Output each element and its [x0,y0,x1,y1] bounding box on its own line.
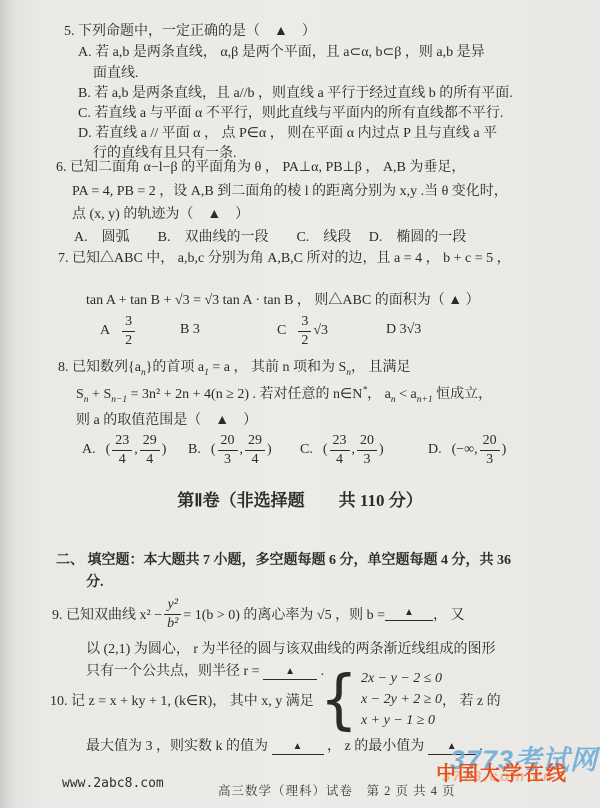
question-8-option-d: D. (−∞, 203 ) [428,433,506,467]
question-9-line-1: 9. 已知双曲线 x² − y² b² = 1(b > 0) 的离心率为 √5 … [52,597,465,631]
fraction: 203 [480,433,500,467]
fraction: 203 [218,433,238,467]
fraction: 234 [330,433,350,467]
fraction: 294 [140,433,160,467]
question-5-option-c: C. 若直线 a 与平面 α 不平行，则此直线与平面内的所有直线都不平行. [78,102,503,122]
question-8-option-b: B. ( 203 , 294 ) [188,433,272,467]
question-8-line-2: Sn + Sn−1 = 3n² + 2n + 4(n ≥ 2) . 若对任意的 … [76,383,492,405]
question-9-line-2: 以 (2,1) 为圆心， r 为半径的圆与该双曲线的两条渐近线组成的图形 [86,638,496,658]
section-2-intro-line-1: 二、 填空题：本大题共 7 小题，多空题每题 6 分，单空题每题 4 分，共 3… [56,549,511,569]
question-6-line-1: 6. 已知二面角 α−l−β 的平面角为 θ ， PA⊥α, PB⊥β ， A,… [56,156,465,176]
question-7-option-b: B 3 [180,322,200,338]
fraction: 294 [245,433,265,467]
question-10-line-2: 最大值为 3 ，则实数 k 的值为 ▲ ， z 的最小值为 ▲ . [86,735,483,755]
question-8-line-1: 8. 已知数列{an}的首项 a1 = a ， 其前 n 项和为 Sn， 且满足 [58,356,411,378]
question-7-line-2: tan A + tan B + √3 = √3 tan A · tan B ， … [86,289,480,309]
option-label: C [277,323,286,339]
question-8-option-c: C. ( 234 , 203 ) [300,433,384,467]
question-5-head: 5. 下列命题中，一定正确的是（ ▲ ） [64,20,316,40]
fraction: 3 2 [122,314,135,348]
fraction: 234 [112,433,132,467]
system-brace: { [320,667,358,732]
question-5-option-b: B. 若 a,b 是两条直线，且 a//b ，则直线 a 平行于经过直线 b 的… [78,82,513,102]
question-7-option-d: D 3√3 [386,322,421,338]
fraction: 3 2 [298,314,311,348]
footer-website: www.2abc8.com [62,776,164,791]
question-6-line-3: 点 (x, y) 的轨迹为（ ▲ ） [72,203,249,223]
question-5-option-a: A. 若 a,b 是两条直线， α,β 是两个平面，且 a⊂α, b⊂β ，则 … [78,41,485,61]
section-2-intro-line-2: 分. [86,571,104,591]
answer-blank: ▲ [385,607,433,621]
section-2-header: 第Ⅱ卷（非选择题 共 110 分） [0,486,600,511]
footer-doc-info: 高三数学（理科）试卷 第 2 页 共 4 页 [218,781,456,799]
fraction: 203 [357,433,377,467]
question-8-option-a: A. ( 234 , 294 ) [82,433,166,467]
answer-blank: ▲ [272,741,324,755]
question-7-line-1: 7. 已知△ABC 中， a,b,c 分别为角 A,B,C 所对的边，且 a =… [58,247,511,267]
question-7-option-c: C 3 2 √3 [277,314,328,348]
inequality-system: 2x − y − 2 ≤ 0 x − 2y + 2 ≥ 0 x + y − 1 … [361,668,442,731]
question-8-line-3: 则 a 的取值范围是（ ▲ ） [76,409,257,429]
question-6-line-2: PA = 4, PB = 2 ，设 A,B 到二面角的棱 l 的距离分别为 x,… [72,180,508,200]
inequality-1: 2x − y − 2 ≤ 0 [361,668,442,689]
inequality-3: x + y − 1 ≥ 0 [361,710,442,731]
option-suffix: √3 [313,323,328,339]
fraction: y² b² [164,597,181,631]
option-label: A [100,323,110,339]
question-10-line-1: 10. 记 z = x + ky + 1, (k∈R)， 其中 x, y 满足 … [50,668,501,731]
question-6-options: A. 圆弧 B. 双曲线的一段 C. 线段 D. 椭圆的一段 [74,226,466,246]
question-5-option-d: D. 若直线 a // 平面 α ， 点 P∈α ， 则在平面 α 内过点 P … [78,122,497,142]
exam-paper-page: 5. 下列命题中，一定正确的是（ ▲ ） A. 若 a,b 是两条直线， α,β… [0,0,600,808]
watermark-china-univ-online: 中国大学在线 [436,757,568,786]
question-7-option-a: A 3 2 [100,314,137,348]
inequality-2: x − 2y + 2 ≥ 0 [361,689,442,710]
question-5-option-a-cont: 面直线. [93,62,139,82]
